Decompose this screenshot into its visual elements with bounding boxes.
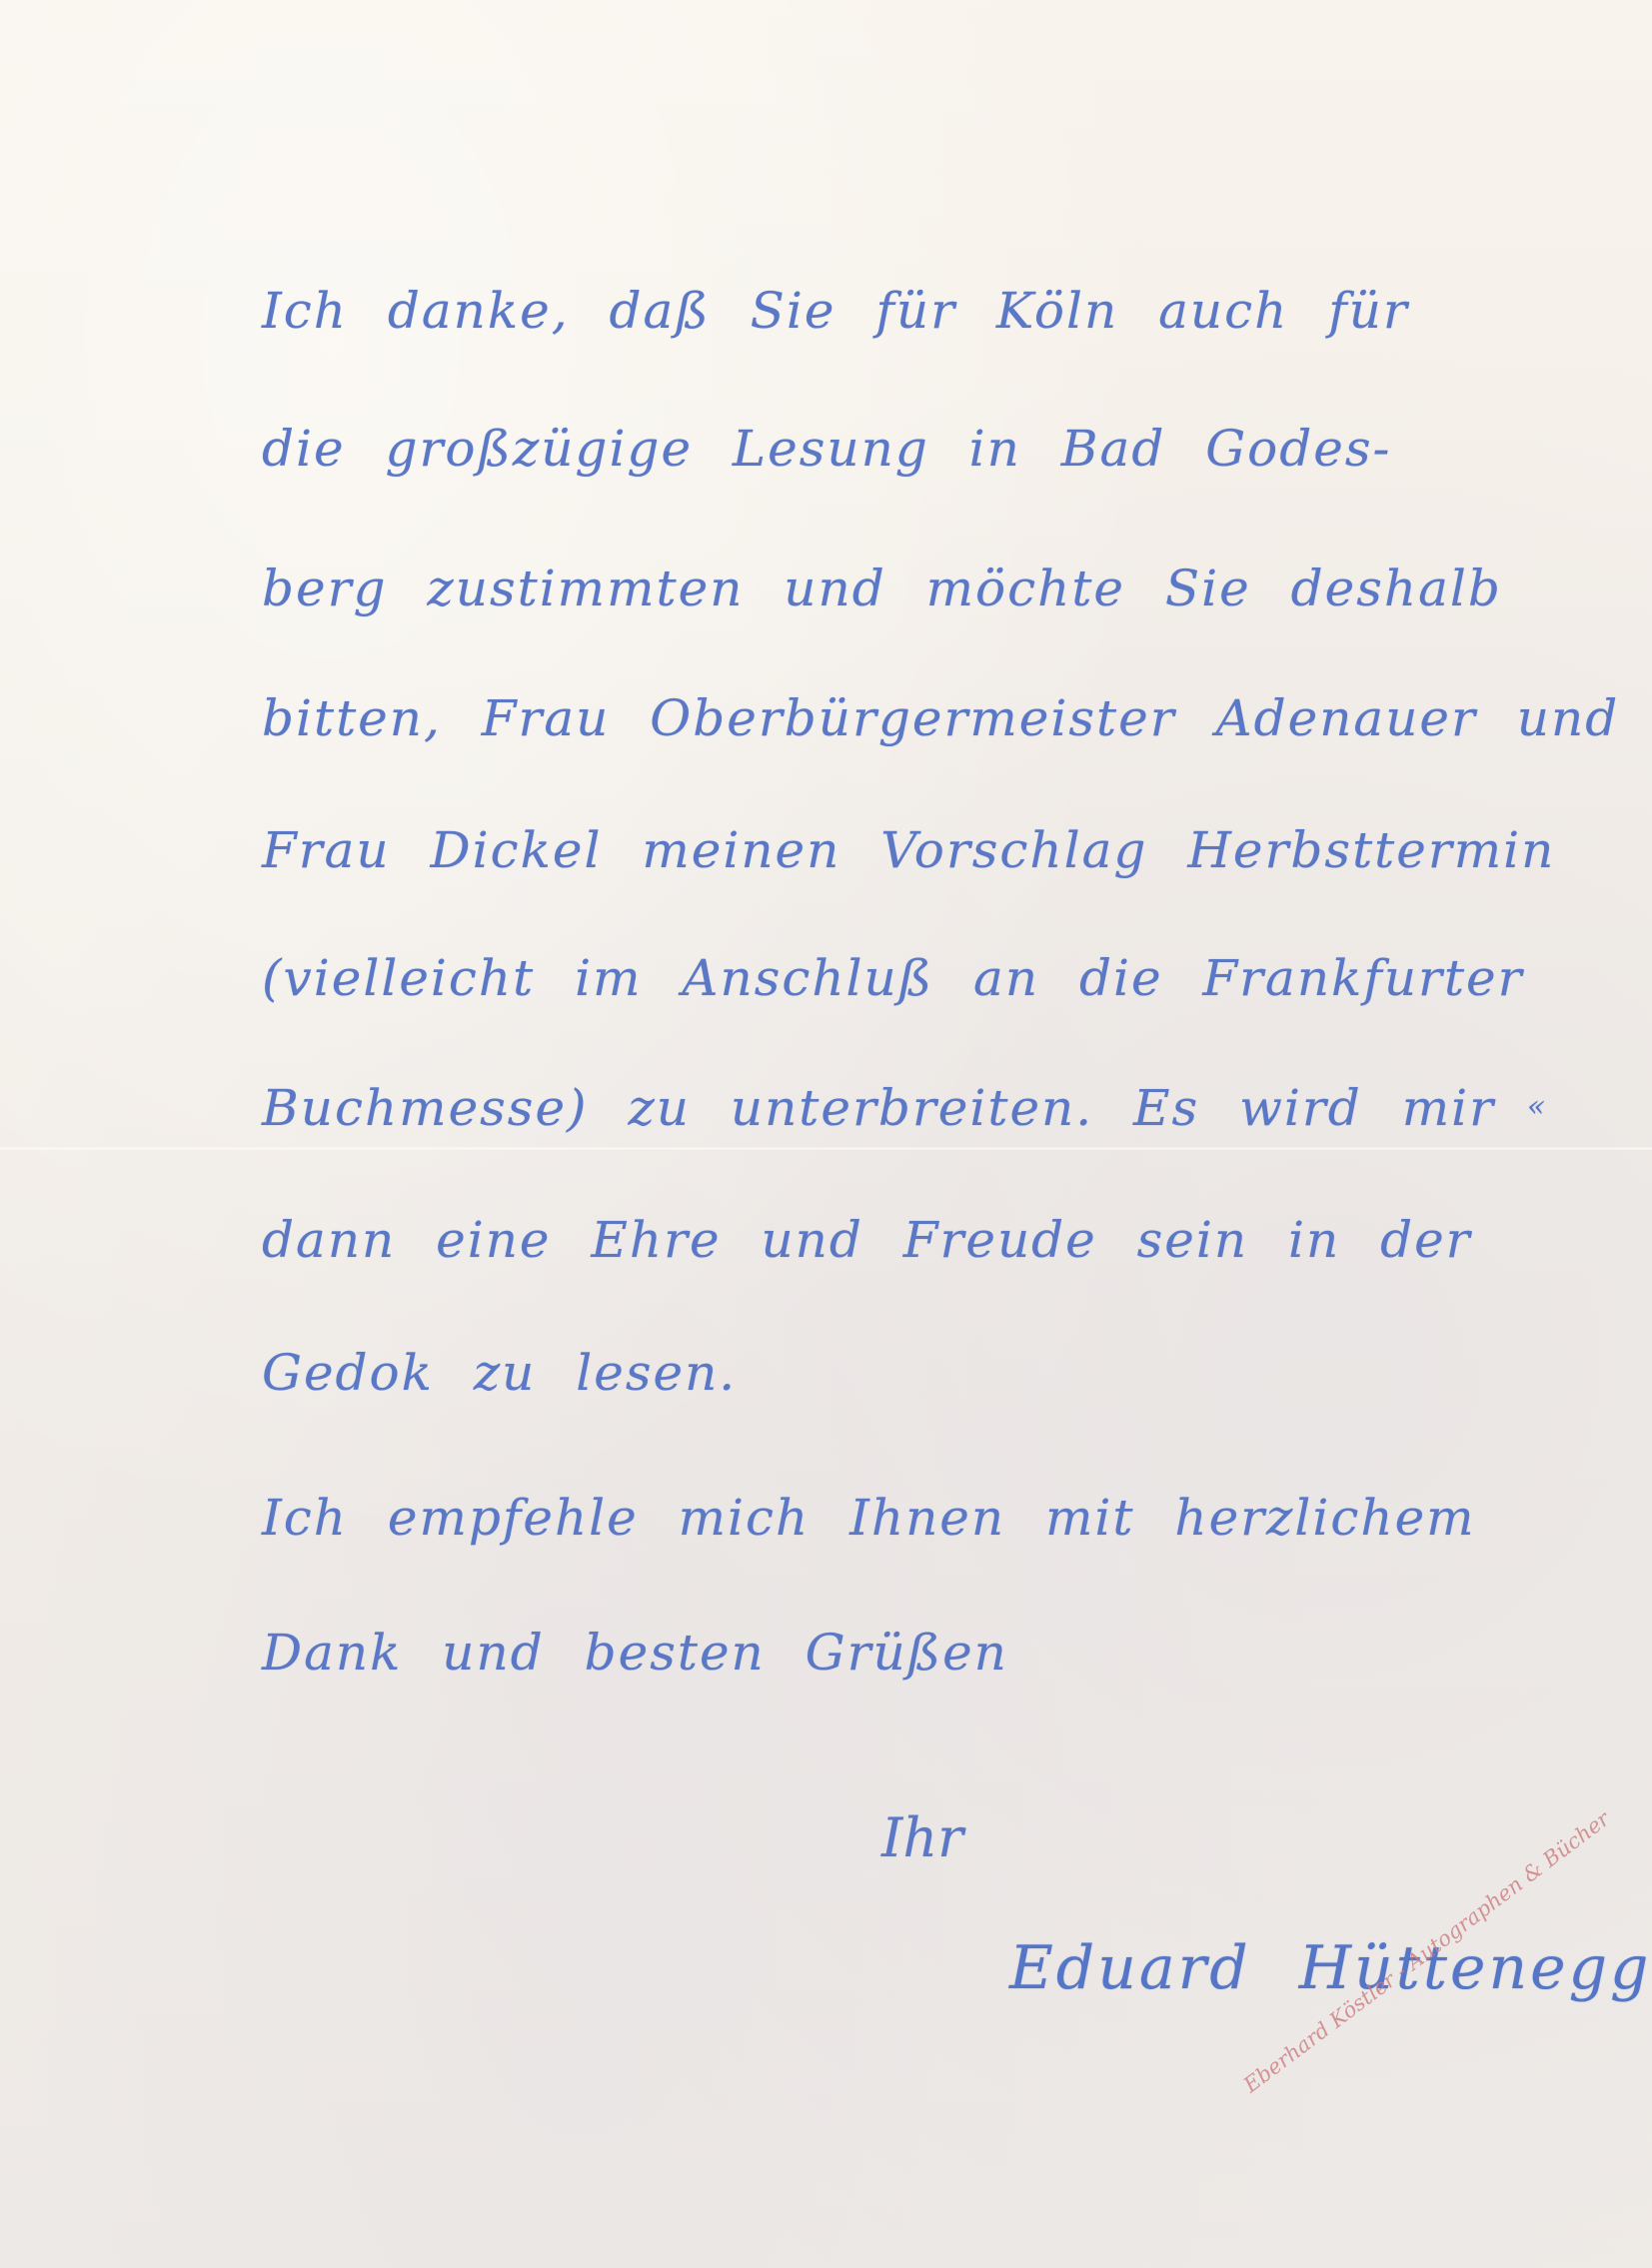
letter-line-4: bitten, Frau Oberbürgermeister Adenauer …	[262, 689, 1619, 747]
letter-line-9: Gedok zu lesen.	[262, 1344, 737, 1402]
paper-fold-crease	[0, 1147, 1652, 1150]
letter-line-8: dann eine Ehre und Freude sein in der	[262, 1211, 1472, 1269]
letter-line-3: berg zustimmten und möchte Sie deshalb	[262, 560, 1502, 617]
letter-line-11: Dank und besten Grüßen	[262, 1624, 1008, 1682]
letter-closing: Ihr	[881, 1806, 963, 1869]
letter-line-6: (vielleicht im Anschluß an die Frankfurt…	[262, 949, 1524, 1007]
letter-line-10: Ich empfehle mich Ihnen mit herzlichem	[262, 1489, 1476, 1547]
letter-line-5: Frau Dickel meinen Vorschlag Herbsttermi…	[262, 821, 1555, 879]
dealer-watermark: Eberhard Köstler - Autographen & Bücher	[1239, 1694, 1652, 2097]
letter-line-2: die großzügige Lesung in Bad Godes-	[262, 420, 1391, 478]
letter-line-1: Ich danke, daß Sie für Köln auch für	[262, 282, 1409, 340]
trailing-continuation-mark: «	[1527, 1089, 1547, 1124]
letter-line-7: Buchmesse) zu unterbreiten. Es wird mir	[262, 1079, 1495, 1137]
letter-sheet: Ich danke, daß Sie für Köln auch für die…	[0, 0, 1652, 2268]
signature: Eduard Hüttenegger	[1009, 1933, 1652, 2003]
